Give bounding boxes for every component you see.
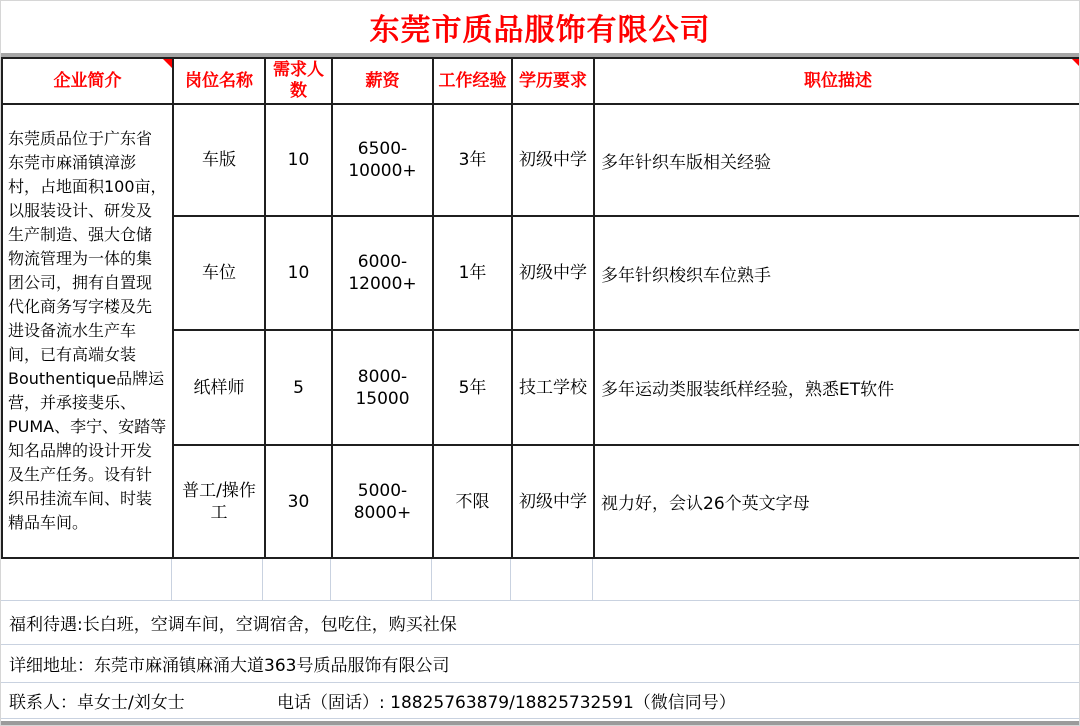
gridline [330, 559, 331, 600]
header-cell-position: 岗位名称 [173, 58, 265, 104]
education-cell: 初级中学 [512, 445, 594, 558]
header-cell-headcount: 需求人数 [265, 58, 332, 104]
header-cell-intro: 企业简介 [2, 58, 173, 104]
headcount-cell: 10 [265, 104, 332, 216]
contact-row: 联系人：卓女士/刘女士 电话（固话）: 18825763879/18825732… [1, 683, 1079, 719]
benefits-text: 福利待遇:长白班，空调车间，空调宿舍，包吃住，购买社保 [9, 610, 457, 635]
bottom-edge-bar [1, 721, 1079, 725]
address-text: 详细地址：东莞市麻涌镇麻涌大道363号质品服饰有限公司 [9, 651, 449, 676]
education-cell: 技工学校 [512, 330, 594, 445]
description-cell: 视力好，会认26个英文字母 [594, 445, 1080, 558]
salary-cell: 6000-12000+ [332, 216, 433, 330]
gridline [510, 559, 511, 600]
salary-cell: 5000-8000+ [332, 445, 433, 558]
benefits-row: 福利待遇:长白班，空调车间，空调宿舍，包吃住，购买社保 [1, 601, 1079, 645]
experience-cell: 1年 [433, 216, 512, 330]
experience-cell: 5年 [433, 330, 512, 445]
headcount-cell: 10 [265, 216, 332, 330]
header-intro-label: 企业简介 [54, 71, 122, 91]
gridline [262, 559, 263, 600]
company-intro-text: 东莞质品位于广东省东莞市麻涌镇漳澎村，占地面积100亩，以服装设计、研发及生产制… [2, 104, 173, 558]
description-cell: 多年运动类服装纸样经验，熟悉ET软件 [594, 330, 1080, 445]
gridline [171, 559, 172, 600]
header-cell-experience: 工作经验 [433, 58, 512, 104]
gridline [592, 559, 593, 600]
salary-cell: 6500-10000+ [332, 104, 433, 216]
header-cell-salary: 薪资 [332, 58, 433, 104]
education-cell: 初级中学 [512, 216, 594, 330]
header-cell-description: 职位描述 [594, 58, 1080, 104]
comment-indicator-icon [163, 59, 172, 68]
position-cell: 车版 [173, 104, 265, 216]
description-cell: 多年针织梭织车位熟手 [594, 216, 1080, 330]
education-cell: 初级中学 [512, 104, 594, 216]
description-cell: 多年针织车版相关经验 [594, 104, 1080, 216]
phone-text: 电话（固话）: 18825763879/18825732591（微信同号） [277, 688, 736, 713]
gridline [431, 559, 432, 600]
comment-indicator-icon [1072, 59, 1080, 68]
position-cell: 车位 [173, 216, 265, 330]
position-cell: 普工/操作工 [173, 445, 265, 558]
headcount-cell: 30 [265, 445, 332, 558]
salary-cell: 8000-15000 [332, 330, 433, 445]
page-title: 东莞市质品服饰有限公司 [1, 1, 1079, 53]
address-row: 详细地址：东莞市麻涌镇麻涌大道363号质品服饰有限公司 [1, 645, 1079, 683]
contact-text: 联系人：卓女士/刘女士 [9, 688, 277, 713]
recruitment-table: 企业简介 岗位名称 需求人数 薪资 工作经验 学历要求 职位描述 东莞质品位于广… [1, 57, 1080, 559]
table-row: 东莞质品位于广东省东莞市麻涌镇漳澎村，占地面积100亩，以服装设计、研发及生产制… [2, 104, 1080, 216]
headcount-cell: 5 [265, 330, 332, 445]
experience-cell: 不限 [433, 445, 512, 558]
job-posting-sheet: 东莞市质品服饰有限公司 企业简介 岗位名称 需求人数 薪资 工作经验 学历要求 … [0, 0, 1080, 726]
header-description-label: 职位描述 [804, 71, 872, 91]
empty-grid-row [1, 559, 1079, 601]
header-cell-education: 学历要求 [512, 58, 594, 104]
position-cell: 纸样师 [173, 330, 265, 445]
experience-cell: 3年 [433, 104, 512, 216]
header-row: 企业简介 岗位名称 需求人数 薪资 工作经验 学历要求 职位描述 [2, 58, 1080, 104]
